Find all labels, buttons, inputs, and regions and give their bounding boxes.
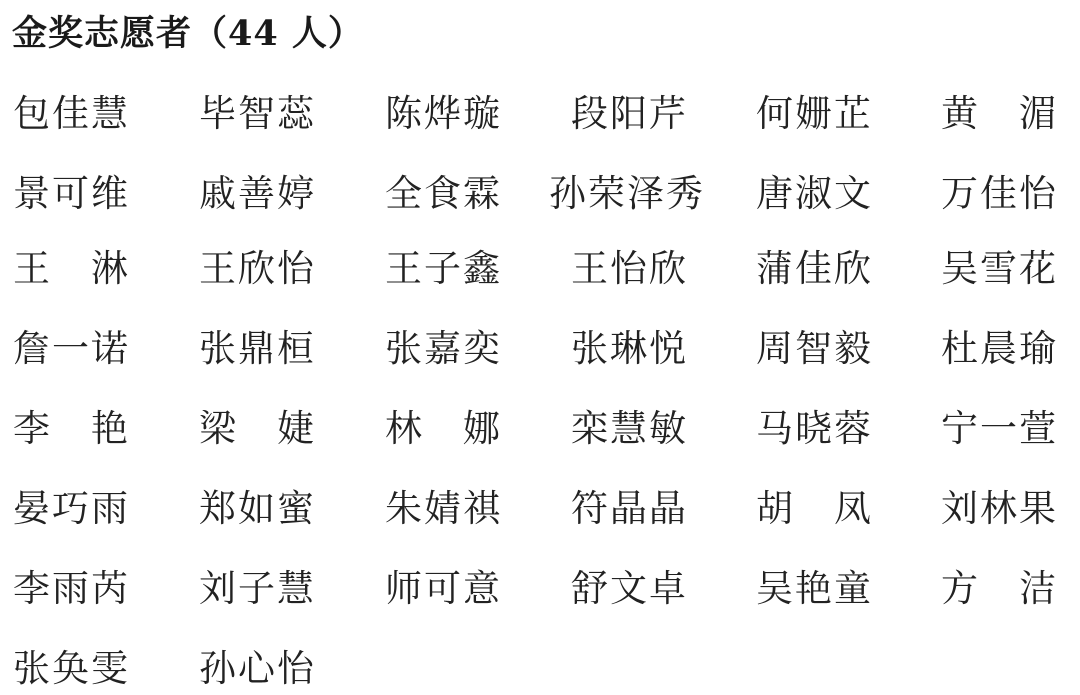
name-char: 可 (51, 171, 90, 217)
volunteer-name: 景可维 (12, 171, 129, 217)
volunteer-name: 胡凤 (755, 486, 872, 532)
name-char: 梁 (198, 406, 237, 452)
name-char: 凤 (833, 486, 872, 532)
name-char: 萱 (1018, 406, 1057, 452)
volunteer-name: 黄湄 (940, 91, 1057, 137)
name-char: 怡 (276, 646, 315, 692)
name-char: 李 (12, 406, 51, 452)
name-char: 蒲 (755, 246, 794, 292)
volunteer-name: 林娜 (384, 406, 501, 452)
name-char: 佳 (979, 171, 1018, 217)
name-char: 维 (90, 171, 129, 217)
name-char: 陈 (384, 91, 423, 137)
name-char: 郑 (198, 486, 237, 532)
volunteer-name: 陈烨璇 (384, 91, 501, 137)
name-grid: 包佳慧毕智蕊陈烨璇段阳芹何姗芷黄湄景可维戚善婷全食霖孙荣泽秀唐淑文万佳怡王淋王欣… (0, 0, 1080, 695)
name-char: 子 (237, 566, 276, 612)
name-char: 欣 (833, 246, 872, 292)
name-char: 吴 (755, 566, 794, 612)
volunteer-name: 晏巧雨 (12, 486, 129, 532)
volunteer-name: 全食霖 (384, 171, 501, 217)
name-char: 李 (12, 566, 51, 612)
volunteer-name: 蒲佳欣 (755, 246, 872, 292)
volunteer-name: 朱婧祺 (384, 486, 501, 532)
name-char: 詹 (12, 326, 51, 372)
volunteer-name: 何姗芷 (755, 91, 872, 137)
name-char: 泽 (626, 171, 665, 217)
name-char: 马 (755, 406, 794, 452)
volunteer-name: 孙荣泽秀 (548, 171, 704, 217)
name-char: 张 (12, 646, 51, 692)
volunteer-name: 张奂雯 (12, 646, 129, 692)
volunteer-name: 符晶晶 (570, 486, 687, 532)
name-char: 奂 (51, 646, 90, 692)
name-char: 慧 (609, 406, 648, 452)
volunteer-name: 王怡欣 (570, 246, 687, 292)
name-char: 雨 (90, 486, 129, 532)
name-char: 晶 (648, 486, 687, 532)
name-char: 烨 (423, 91, 462, 137)
name-char: 刘 (940, 486, 979, 532)
volunteer-name: 万佳怡 (940, 171, 1057, 217)
name-char: 诺 (90, 326, 129, 372)
name-char: 淑 (794, 171, 833, 217)
name-char: 芷 (833, 91, 872, 137)
name-char: 吴 (940, 246, 979, 292)
name-char: 宁 (940, 406, 979, 452)
name-char: 晓 (794, 406, 833, 452)
name-char: 万 (940, 171, 979, 217)
name-char: 全 (384, 171, 423, 217)
volunteer-name: 吴艳童 (755, 566, 872, 612)
volunteer-name: 方洁 (940, 566, 1057, 612)
volunteer-name: 栾慧敏 (570, 406, 687, 452)
name-char: 琳 (609, 326, 648, 372)
name-char: 文 (609, 566, 648, 612)
name-char: 鼎 (237, 326, 276, 372)
name-char: 秀 (665, 171, 704, 217)
name-char: 怡 (276, 246, 315, 292)
name-char: 朱 (384, 486, 423, 532)
name-char: 欣 (237, 246, 276, 292)
volunteer-name: 张琳悦 (570, 326, 687, 372)
name-char: 杜 (940, 326, 979, 372)
volunteer-name: 戚善婷 (198, 171, 315, 217)
name-char: 何 (755, 91, 794, 137)
name-char: 佳 (794, 246, 833, 292)
name-char: 一 (51, 326, 90, 372)
name-char: 欣 (648, 246, 687, 292)
name-char: 艳 (90, 406, 129, 452)
name-char: 雪 (979, 246, 1018, 292)
name-char: 婷 (276, 171, 315, 217)
name-char: 怡 (1018, 171, 1057, 217)
name-char: 方 (940, 566, 979, 612)
name-char: 奕 (462, 326, 501, 372)
name-char: 孙 (198, 646, 237, 692)
name-char: 智 (794, 326, 833, 372)
volunteer-name: 梁婕 (198, 406, 315, 452)
name-char: 晏 (12, 486, 51, 532)
name-char: 慧 (276, 566, 315, 612)
name-char: 文 (833, 171, 872, 217)
name-char: 刘 (198, 566, 237, 612)
name-char: 智 (237, 91, 276, 137)
name-char: 鑫 (462, 246, 501, 292)
name-char: 周 (755, 326, 794, 372)
name-char: 婧 (423, 486, 462, 532)
name-char: 悦 (648, 326, 687, 372)
name-char: 张 (570, 326, 609, 372)
name-char: 雨 (51, 566, 90, 612)
name-char: 食 (423, 171, 462, 217)
name-char: 意 (462, 566, 501, 612)
volunteer-name: 马晓蓉 (755, 406, 872, 452)
volunteer-name: 周智毅 (755, 326, 872, 372)
name-char: 洁 (1018, 566, 1057, 612)
name-char: 张 (384, 326, 423, 372)
name-char: 王 (384, 246, 423, 292)
name-char: 巧 (51, 486, 90, 532)
name-char: 芹 (648, 91, 687, 137)
name-char: 晨 (979, 326, 1018, 372)
name-char: 雯 (90, 646, 129, 692)
name-char: 舒 (570, 566, 609, 612)
volunteer-name: 李艳 (12, 406, 129, 452)
name-char: 王 (198, 246, 237, 292)
name-char: 林 (384, 406, 423, 452)
volunteer-name: 段阳芹 (570, 91, 687, 137)
volunteer-name: 王欣怡 (198, 246, 315, 292)
name-char: 阳 (609, 91, 648, 137)
volunteer-name: 张嘉奕 (384, 326, 501, 372)
name-char: 嘉 (423, 326, 462, 372)
volunteer-name: 李雨芮 (12, 566, 129, 612)
name-char: 善 (237, 171, 276, 217)
name-char: 霖 (462, 171, 501, 217)
volunteer-name: 包佳慧 (12, 91, 129, 137)
name-char: 黄 (940, 91, 979, 137)
name-char: 艳 (794, 566, 833, 612)
name-char: 童 (833, 566, 872, 612)
name-char: 桓 (276, 326, 315, 372)
volunteer-name: 王淋 (12, 246, 129, 292)
volunteer-name: 郑如蜜 (198, 486, 315, 532)
name-char: 祺 (462, 486, 501, 532)
volunteer-name: 吴雪花 (940, 246, 1057, 292)
name-char: 张 (198, 326, 237, 372)
name-char: 淋 (90, 246, 129, 292)
volunteer-name: 宁一萱 (940, 406, 1057, 452)
name-char: 蜜 (276, 486, 315, 532)
name-char: 瑜 (1018, 326, 1057, 372)
name-char: 蕊 (276, 91, 315, 137)
name-char: 心 (237, 646, 276, 692)
name-char: 林 (979, 486, 1018, 532)
name-char: 敏 (648, 406, 687, 452)
name-char: 戚 (198, 171, 237, 217)
volunteer-name: 张鼎桓 (198, 326, 315, 372)
name-char: 子 (423, 246, 462, 292)
name-char: 王 (570, 246, 609, 292)
volunteer-name: 孙心怡 (198, 646, 315, 692)
name-char: 姗 (794, 91, 833, 137)
name-char: 湄 (1018, 91, 1057, 137)
name-char: 芮 (90, 566, 129, 612)
name-char: 唐 (755, 171, 794, 217)
name-char: 景 (12, 171, 51, 217)
volunteer-name: 师可意 (384, 566, 501, 612)
name-char: 晶 (609, 486, 648, 532)
name-char: 佳 (51, 91, 90, 137)
name-char: 毅 (833, 326, 872, 372)
name-char: 师 (384, 566, 423, 612)
volunteer-name: 唐淑文 (755, 171, 872, 217)
name-char: 婕 (276, 406, 315, 452)
name-char: 蓉 (833, 406, 872, 452)
name-char: 荣 (587, 171, 626, 217)
volunteer-name: 刘林果 (940, 486, 1057, 532)
name-char: 栾 (570, 406, 609, 452)
volunteer-name: 杜晨瑜 (940, 326, 1057, 372)
name-char: 花 (1018, 246, 1057, 292)
name-char: 可 (423, 566, 462, 612)
name-char: 璇 (462, 91, 501, 137)
name-char: 包 (12, 91, 51, 137)
name-char: 慧 (90, 91, 129, 137)
volunteer-name: 詹一诺 (12, 326, 129, 372)
volunteer-name: 舒文卓 (570, 566, 687, 612)
name-char: 果 (1018, 486, 1057, 532)
name-char: 如 (237, 486, 276, 532)
name-char: 段 (570, 91, 609, 137)
name-char: 毕 (198, 91, 237, 137)
name-char: 娜 (462, 406, 501, 452)
name-char: 一 (979, 406, 1018, 452)
volunteer-name: 王子鑫 (384, 246, 501, 292)
name-char: 胡 (755, 486, 794, 532)
name-char: 孙 (548, 171, 587, 217)
volunteer-name: 毕智蕊 (198, 91, 315, 137)
volunteer-name: 刘子慧 (198, 566, 315, 612)
name-char: 王 (12, 246, 51, 292)
name-char: 怡 (609, 246, 648, 292)
name-char: 符 (570, 486, 609, 532)
name-char: 卓 (648, 566, 687, 612)
